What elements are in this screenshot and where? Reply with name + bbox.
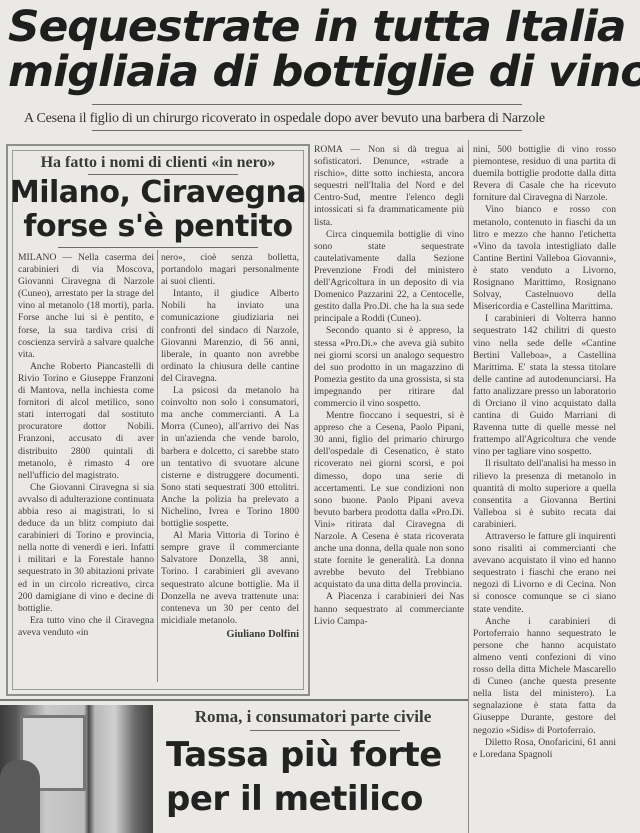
paragraph: MILANO — Nella caserma dei carabinieri d…	[18, 252, 154, 361]
main-headline-line2: migliaia di bottiglie di vino	[8, 48, 640, 96]
paragraph: Diletto Rosa, Onofaricini, 61 anni e Lor…	[473, 737, 616, 761]
main-headline-line1: Sequestrate in tutta Italia	[8, 3, 626, 51]
bottom-kicker-rule	[250, 730, 400, 731]
paragraph: Anche Roberto Piancastelli di Rivio Tori…	[18, 361, 154, 482]
paragraph: nero», cioè senza bolletta, portandolo m…	[161, 252, 299, 288]
main-subheadline: A Cesena il figlio di un chirurgo ricove…	[24, 111, 545, 127]
main-column-1: ROMA — Non si dà tregua ai sofisticatori…	[314, 144, 464, 696]
byline: Giuliano Dolfini	[161, 629, 299, 641]
paragraph: Attraverso le fatture gli inquirenti son…	[473, 531, 616, 616]
paragraph: Era tutto vino che il Ciravegna aveva ve…	[18, 615, 154, 639]
photo-figure-detail	[0, 760, 40, 833]
sidebar-article-box: Ha fatto i nomi di clienti «in nero» Mil…	[6, 144, 310, 696]
sidebar-column-1: MILANO — Nella caserma dei carabinieri d…	[18, 252, 154, 682]
paragraph: Anche i carabinieri di Portoferraio hann…	[473, 616, 616, 737]
paragraph: Al Maria Vittoria di Torino è sempre gra…	[161, 530, 299, 627]
sidebar-column-2: nero», cioè senza bolletta, portandolo m…	[161, 252, 299, 684]
paragraph: I carabinieri di Volterra hanno sequestr…	[473, 313, 616, 458]
paragraph: Il risultato dell'analisi ha messo in ri…	[473, 458, 616, 531]
bottom-headline-line1: Tassa più forte	[166, 735, 442, 775]
paragraph: ROMA — Non si dà tregua ai sofisticatori…	[314, 144, 464, 229]
paragraph: Circa cinquemila bottiglie di vino sono …	[314, 229, 464, 326]
subheadline-rule	[92, 130, 522, 131]
column-divider	[157, 250, 158, 682]
headline-rule	[92, 104, 522, 105]
paragraph: La psicosi da metanolo ha coinvolto non …	[161, 385, 299, 530]
sidebar-headline-line1: Milano, Ciravegna	[8, 176, 308, 210]
sidebar-headline-rule	[58, 247, 258, 248]
main-column-2: nini, 500 bottiglie di vino rosso piemon…	[473, 144, 616, 833]
paragraph: Che Giovanni Ciravegna si sia avvalso di…	[18, 482, 154, 615]
paragraph: Intanto, il giudice Alberto Nobili ha in…	[161, 288, 299, 385]
news-photo	[0, 705, 153, 833]
sidebar-kicker: Ha fatto i nomi di clienti «in nero»	[8, 154, 308, 172]
paragraph: Secondo quanto si è appreso, la stessa «…	[314, 325, 464, 410]
column-divider	[468, 140, 469, 833]
newspaper-page: Sequestrate in tutta Italia migliaia di …	[0, 0, 640, 833]
paragraph: nini, 500 bottiglie di vino rosso piemon…	[473, 144, 616, 204]
paragraph: A Piacenza i carabinieri dei Nas hanno s…	[314, 591, 464, 627]
bottom-headline-line2: per il metilico	[166, 779, 423, 819]
paragraph: Mentre fioccano i sequestri, si è appres…	[314, 410, 464, 591]
bottom-kicker: Roma, i consumatori parte civile	[160, 707, 466, 727]
main-headline-block: Sequestrate in tutta Italia migliaia di …	[0, 0, 640, 100]
section-divider	[0, 699, 468, 701]
sidebar-headline-line2: forse s'è pentito	[8, 210, 308, 244]
paragraph: Vino bianco e rosso con metanolo, conten…	[473, 204, 616, 313]
bottom-article: Roma, i consumatori parte civile Tassa p…	[160, 703, 466, 833]
